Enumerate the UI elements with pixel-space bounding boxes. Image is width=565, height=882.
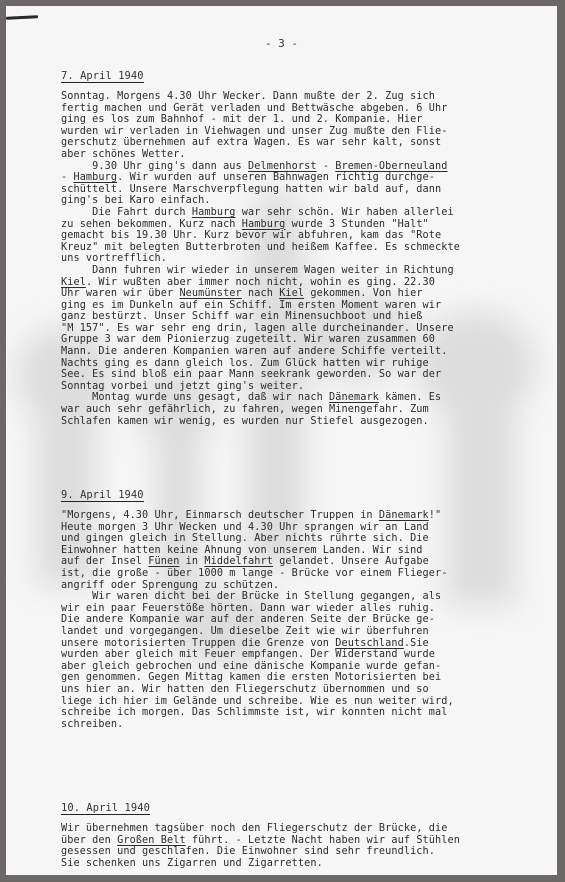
text-line: gerschutz übernehmen auf extra Wagen. Es… — [61, 137, 551, 149]
diary-entry: 10. April 1940 Wir übernehmen tagsüber n… — [61, 802, 551, 869]
underlined-place: Neumünster — [179, 288, 241, 299]
text-line: zu sehen bekommen. Kurz nach Hamburg wur… — [61, 219, 551, 231]
text-line: Montag wurde uns gesagt, daß wir nach Dä… — [61, 392, 551, 404]
text-line: Sonntag vorbei und jetzt ging's weiter. — [61, 381, 551, 393]
text-line: auf der Insel Fünen in Middelfahrt gelan… — [61, 556, 551, 568]
entry-body: Wir übernehmen tagsüber noch den Flieger… — [61, 823, 551, 869]
text-line: Gruppe 3 war dem Pionierzug zugeteilt. W… — [61, 334, 551, 346]
text-line: ist, die große - über 1000 m lange - Brü… — [61, 568, 551, 580]
underlined-place: Hamburg — [73, 172, 117, 183]
text-line: Einwohner hatten keine Ahnung von unsere… — [61, 545, 551, 557]
text-line: aber gleich gebrochen und eine dänische … — [61, 661, 551, 673]
text-line: über den Großen Belt führt. - Letzte Nac… — [61, 835, 551, 847]
underlined-place: Bremen-Oberneuland — [335, 161, 447, 172]
text-line: 9.30 Uhr ging's dann aus Delmenhorst - B… — [61, 161, 551, 173]
text-line: schüttelt. Unsere Marschverpflegung hatt… — [61, 184, 551, 196]
underlined-place: Delmenhorst — [248, 161, 317, 172]
entry-date: 9. April 1940 — [61, 489, 144, 502]
entry-body: Sonntag. Morgens 4.30 Uhr Wecker. Dann m… — [61, 91, 551, 427]
text-line: Schlafen kamen wir wenig, es wurden nur … — [61, 416, 551, 428]
text-line: war auch sehr gefährlich, zu fahren, weg… — [61, 404, 551, 416]
text-line: Sie schenken uns Zigarren und Zigarrette… — [61, 858, 551, 870]
text-line: schreiben. — [61, 719, 551, 731]
text-line: angriff oder Sprengung zu schützen. — [61, 580, 551, 592]
text-line: Die andere Kompanie war auf der anderen … — [61, 614, 551, 626]
text-line: wurden aber gleich mit Feuer empfangen. … — [61, 649, 551, 661]
underlined-place: Middelfahrt — [204, 556, 273, 567]
text-line: aber schönes Wetter. — [61, 149, 551, 161]
text-line: Die Fahrt durch Hamburg war sehr schön. … — [61, 207, 551, 219]
text-line: Wir übernehmen tagsüber noch den Flieger… — [61, 823, 551, 835]
page-number: - 3 - — [6, 37, 557, 50]
text-line: liege ich hier im Gelände und schreibe. … — [61, 696, 551, 708]
text-line: ging's bei Karo einfach. — [61, 195, 551, 207]
text-line: "M 157". Es war sehr eng drin, lagen all… — [61, 323, 551, 335]
underlined-place: Hamburg — [192, 207, 236, 218]
document-page: - 3 - 7. April 1940 Sonntag. Morgens 4.3… — [6, 6, 557, 875]
underlined-place: Großen Belt — [117, 835, 186, 846]
diary-entry: 7. April 1940 Sonntag. Morgens 4.30 Uhr … — [61, 70, 551, 427]
text-line: See. Es sind bloß ein paar Mann seekrank… — [61, 369, 551, 381]
underlined-place: Dänemark — [329, 392, 379, 403]
text-line: und gingen gleich in Stellung. Aber nich… — [61, 533, 551, 545]
text-line: schreibe ich morgen. Das Schlimmste ist,… — [61, 707, 551, 719]
punch-mark — [6, 15, 38, 20]
text-line: Wir waren dicht bei der Brücke in Stellu… — [61, 591, 551, 603]
text-line: fertig machen und Gerät verladen und Bet… — [61, 103, 551, 115]
underlined-place: Fünen — [148, 556, 179, 567]
text-line: Kreuz" mit belegten Butterbroten und hei… — [61, 242, 551, 254]
text-line: Uhr waren wir über Neumünster nach Kiel … — [61, 288, 551, 300]
text-line: ganz bestürzt. Unser Schiff war ein Mine… — [61, 311, 551, 323]
entry-date: 7. April 1940 — [61, 70, 144, 83]
underlined-place: Dänemark — [379, 510, 429, 521]
text-line: gen genommen. Gegen Mittag kamen die ers… — [61, 672, 551, 684]
text-line: gesessen und geschlafen. Die Einwohner s… — [61, 846, 551, 858]
text-line: Mann. Die anderen Kompanien waren auf an… — [61, 346, 551, 358]
text-line: uns hier an. Wir hatten den Fliegerschut… — [61, 684, 551, 696]
text-line: Kiel. Wir wußten aber immer noch nicht, … — [61, 277, 551, 289]
text-line: wurden wir verladen in Viehwagen und uns… — [61, 126, 551, 138]
text-line: wir ein paar Feuerstöße hörten. Dann war… — [61, 603, 551, 615]
text-line: - Hamburg. Wir wurden auf unseren Bahnwa… — [61, 172, 551, 184]
underlined-place: Kiel — [61, 277, 86, 288]
text-line: Dann fuhren wir wieder in unserem Wagen … — [61, 265, 551, 277]
text-line: Sonntag. Morgens 4.30 Uhr Wecker. Dann m… — [61, 91, 551, 103]
underlined-place: Kiel — [279, 288, 304, 299]
text-line: Heute morgen 3 Uhr Wecken und 4.30 Uhr s… — [61, 522, 551, 534]
entry-body: "Morgens, 4.30 Uhr, Einmarsch deutscher … — [61, 510, 551, 730]
entry-date: 10. April 1940 — [61, 802, 150, 815]
text-line: "Morgens, 4.30 Uhr, Einmarsch deutscher … — [61, 510, 551, 522]
text-line: uns vortrefflich. — [61, 253, 551, 265]
diary-entry: 9. April 1940 "Morgens, 4.30 Uhr, Einmar… — [61, 489, 551, 730]
text-line: landet und vorgegangen. Um dieselbe Zeit… — [61, 626, 551, 638]
text-line: ging es im Dunkeln auf ein Schiff. Im er… — [61, 300, 551, 312]
text-line: unsere motorisierten Truppen die Grenze … — [61, 638, 551, 650]
underlined-place: Deutschland — [335, 638, 404, 649]
underlined-place: Hamburg — [242, 219, 286, 230]
text-line: ging es los zum Bahnhof - mit der 1. und… — [61, 114, 551, 126]
text-line: Nachts ging es dann gleich los. Zum Glüc… — [61, 358, 551, 370]
text-line: gemacht bis 19.30 Uhr. Kurz bevor wir ab… — [61, 230, 551, 242]
